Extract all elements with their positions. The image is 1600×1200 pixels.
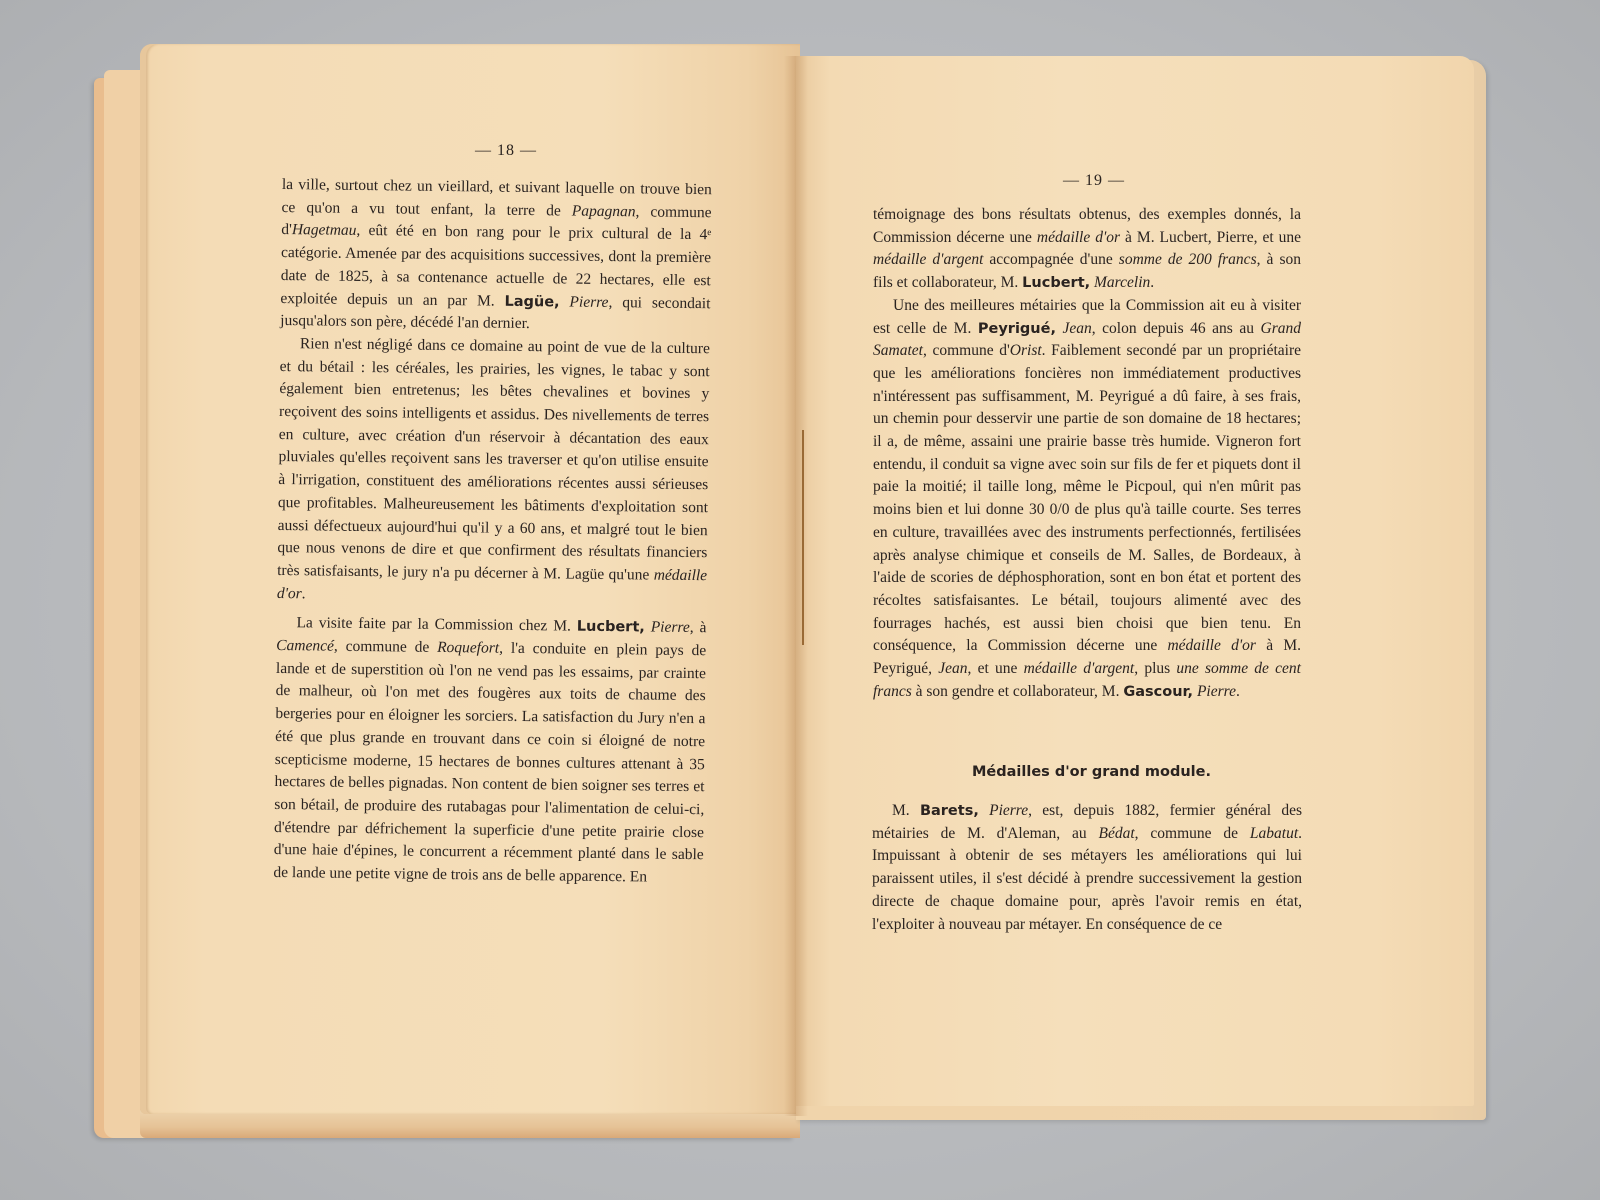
paragraph: la ville, surtout chez un vieillard, et … <box>280 174 712 338</box>
paragraph: M. Barets, Pierre, est, depuis 1882, fer… <box>872 800 1302 936</box>
paragraph: Une des meilleures métairies que la Comm… <box>873 295 1301 704</box>
binding-thread <box>802 430 804 645</box>
book-spine <box>784 56 808 1116</box>
right-page-text: témoignage des bons résultats obtenus, d… <box>873 204 1301 703</box>
paragraph: témoignage des bons résultats obtenus, d… <box>873 204 1301 295</box>
paragraph: Rien n'est négligé dans ce domaine au po… <box>277 333 710 611</box>
left-page-stack-bottom <box>140 1110 800 1138</box>
paragraph: La visite faite par la Commission chez M… <box>273 612 706 890</box>
right-page-section-text: M. Barets, Pierre, est, depuis 1882, fer… <box>872 800 1302 936</box>
right-page-number: — 19 — <box>1063 172 1125 190</box>
section-heading: Médailles d'or grand module. <box>972 764 1211 780</box>
left-page-number: — 18 — <box>475 142 537 160</box>
left-page-text: la ville, surtout chez un vieillard, et … <box>273 174 712 890</box>
